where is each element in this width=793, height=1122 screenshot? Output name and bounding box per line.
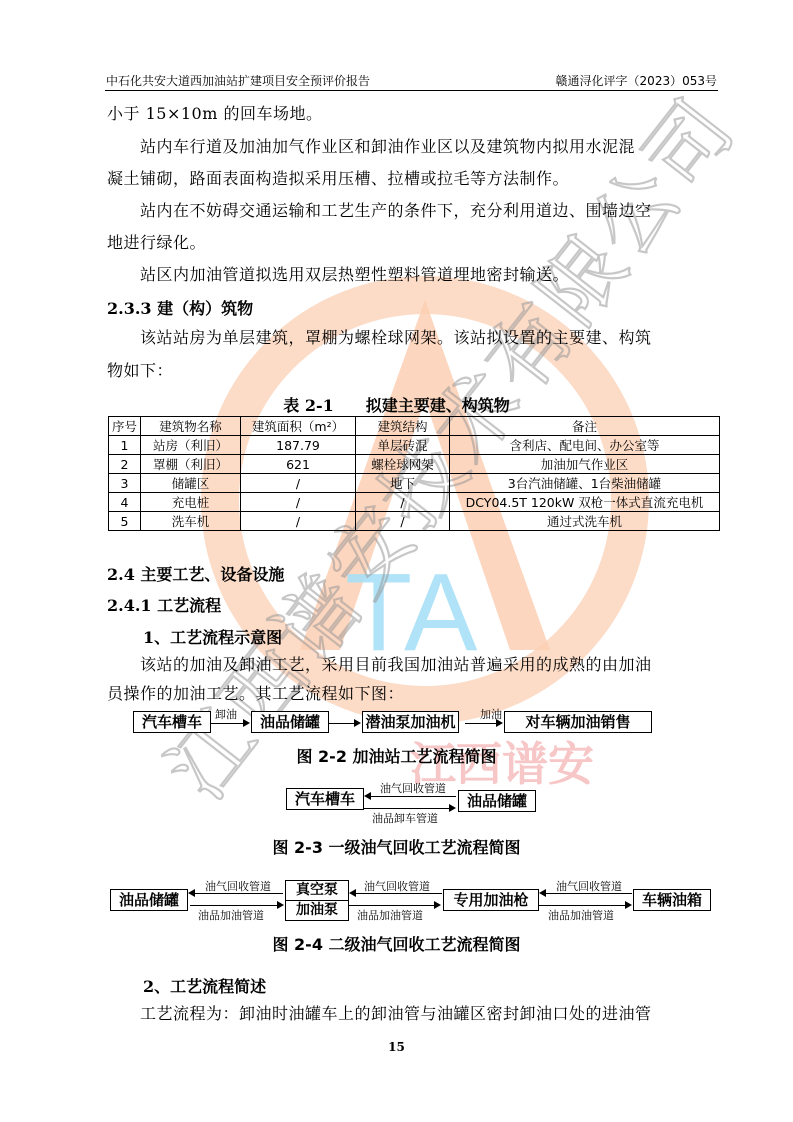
edge-label: 油品卸车管道 — [372, 810, 438, 826]
arrow-line — [195, 893, 283, 894]
section-heading-2-3-3: 2.3.3 建（构）筑物 — [107, 296, 253, 319]
column-header: 序号 — [109, 417, 141, 436]
table-cell: 单层砖混 — [356, 436, 450, 455]
table-cell: 2 — [109, 455, 141, 474]
table-row: 1 站房（利旧） 187.79 单层砖混 含利店、配电间、办公室等 — [109, 436, 720, 455]
flow-node: 汽车槽车 — [286, 788, 364, 810]
arrow-head-icon — [496, 719, 503, 727]
table-cell: 螺栓球网架 — [356, 455, 450, 474]
edge-label: 卸油 — [215, 706, 237, 722]
arrow-head-icon — [243, 719, 250, 727]
paragraph-text: 员操作的加油工艺。其工艺流程如下图： — [107, 684, 404, 704]
table-cell: 621 — [241, 455, 356, 474]
table-cell: / — [356, 512, 450, 531]
arrow-head-icon — [449, 804, 456, 812]
document-page: TA 江西谱安 江西谱安技术有限公司 中石化共安大道西加油站扩建项目安全预评价报… — [0, 0, 793, 1122]
table-cell: 5 — [109, 512, 141, 531]
flow-node: 油品储罐 — [110, 889, 188, 911]
flow-node: 真空泵 — [286, 881, 348, 900]
document-number: 赣通浔化评字（2023）053号 — [556, 72, 717, 89]
table-cell: 4 — [109, 493, 141, 512]
edge-label: 油品加油管道 — [548, 907, 614, 923]
table-header-row: 序号 建筑物名称 建筑面积（m²） 建筑结构 备注 — [109, 417, 720, 436]
arrow-line — [211, 723, 244, 724]
table-cell: / — [356, 493, 450, 512]
flow-node: 对车辆加油销售 — [504, 711, 652, 733]
flow-node: 专用加油枪 — [443, 889, 539, 911]
arrow-head-icon — [354, 719, 361, 727]
paragraph-text: 该站的加油及卸油工艺，采用目前我国加油站普遍采用的成熟的由加油 — [140, 655, 652, 675]
arrow-line — [539, 905, 625, 906]
flow-node: 潜油泵加油机 — [362, 711, 459, 733]
column-header: 建筑面积（m²） — [241, 417, 356, 436]
table-cell: 加油加气作业区 — [450, 455, 720, 474]
table-cell: 3 — [109, 474, 141, 493]
arrow-head-icon — [349, 889, 356, 897]
table-row: 5 洗车机 / / 通过式洗车机 — [109, 512, 720, 531]
paragraph-text: 地进行绿化。 — [107, 233, 206, 253]
arrow-line — [190, 905, 277, 906]
flow-node: 加油泵 — [286, 900, 348, 920]
edge-label: 油品加油管道 — [198, 907, 264, 923]
table-cell: 储罐区 — [141, 474, 241, 493]
table-cell: 3台汽油储罐、1台柴油储罐 — [450, 474, 720, 493]
table-cell: 罩棚（利旧） — [141, 455, 241, 474]
flow-node: 汽车槽车 — [133, 711, 211, 733]
figure-caption: 图 2-4 二级油气回收工艺流程简图 — [0, 932, 793, 955]
flow-node: 油品储罐 — [251, 711, 329, 733]
table-cell: / — [241, 512, 356, 531]
column-header: 建筑物名称 — [141, 417, 241, 436]
arrow-head-icon — [277, 901, 284, 909]
subsection-heading: 2、工艺流程简述 — [143, 974, 266, 997]
subsection-heading: 1、工艺流程示意图 — [143, 625, 282, 648]
paragraph-text: 站内在不妨碍交通运输和工艺生产的条件下，充分利用道边、围墙边空 — [140, 201, 652, 221]
paragraph-text: 工艺流程为：卸油时油罐车上的卸油管与油罐区密封卸油口处的进油管 — [140, 1004, 652, 1024]
arrow-line — [364, 808, 450, 809]
edge-label: 油气回收管道 — [364, 878, 430, 894]
arrow-head-icon — [434, 901, 441, 909]
arrow-line — [465, 723, 497, 724]
buildings-table: 序号 建筑物名称 建筑面积（m²） 建筑结构 备注 1 站房（利旧） 187.7… — [108, 416, 720, 531]
arrow-head-icon — [539, 889, 546, 897]
paragraph-text: 该站站房为单层建筑，罩棚为螺栓球网架。该站拟设置的主要建、构筑 — [140, 328, 652, 348]
paragraph-text: 小于 15×10m 的回车场地。 — [107, 104, 322, 124]
arrow-line — [546, 893, 632, 894]
table-cell: 通过式洗车机 — [450, 512, 720, 531]
report-title: 中石化共安大道西加油站扩建项目安全预评价报告 — [106, 72, 370, 89]
edge-label: 油气回收管道 — [205, 878, 271, 894]
arrow-head-icon — [625, 901, 632, 909]
arrow-line — [329, 723, 355, 724]
edge-label: 油气回收管道 — [380, 780, 446, 796]
arrow-line — [356, 893, 442, 894]
table-cell: / — [241, 474, 356, 493]
edge-label: 油品加油管道 — [357, 907, 423, 923]
table-cell: 洗车机 — [141, 512, 241, 531]
table-row: 3 储罐区 / 地下 3台汽油储罐、1台柴油储罐 — [109, 474, 720, 493]
paragraph-text: 物如下： — [107, 361, 173, 381]
pump-node: 真空泵 加油泵 — [285, 880, 349, 921]
paragraph-text: 站内车行道及加油加气作业区和卸油作业区以及建筑物内拟用水泥混 — [140, 137, 635, 157]
table-cell: 1 — [109, 436, 141, 455]
edge-label: 油气回收管道 — [556, 878, 622, 894]
page-header: 中石化共安大道西加油站扩建项目安全预评价报告 赣通浔化评字（2023）053号 — [105, 70, 718, 91]
section-heading-2-4-1: 2.4.1 工艺流程 — [107, 593, 221, 616]
table-cell: 187.79 — [241, 436, 356, 455]
arrow-line — [349, 905, 435, 906]
page-number: 15 — [0, 1040, 793, 1054]
table-row: 2 罩棚（利旧） 621 螺栓球网架 加油加气作业区 — [109, 455, 720, 474]
table-cell: / — [241, 493, 356, 512]
column-header: 备注 — [450, 417, 720, 436]
table-cell: 站房（利旧） — [141, 436, 241, 455]
table-cell: DCY04.5T 120kW 双枪一体式直流充电机 — [450, 493, 720, 512]
paragraph-text: 站区内加油管道拟选用双层热塑性塑料管道埋地密封输送。 — [140, 265, 569, 285]
paragraph-text: 凝土铺砌，路面表面构造拟采用压槽、拉槽或拉毛等方法制作。 — [107, 169, 569, 189]
table-caption: 表 2-1 拟建主要建、构筑物 — [0, 393, 793, 416]
section-heading-2-4: 2.4 主要工艺、设备设施 — [107, 562, 284, 585]
arrow-line — [370, 796, 456, 797]
arrow-head-icon — [188, 889, 195, 897]
table-cell: 地下 — [356, 474, 450, 493]
figure-caption: 图 2-2 加油站工艺流程简图 — [0, 744, 793, 767]
column-header: 建筑结构 — [356, 417, 450, 436]
table-cell: 含利店、配电间、办公室等 — [450, 436, 720, 455]
flow-node: 车辆油箱 — [633, 889, 711, 911]
table-cell: 充电桩 — [141, 493, 241, 512]
flow-node: 油品储罐 — [458, 790, 536, 812]
figure-caption: 图 2-3 一级油气回收工艺流程简图 — [0, 835, 793, 858]
table-row: 4 充电桩 / / DCY04.5T 120kW 双枪一体式直流充电机 — [109, 493, 720, 512]
